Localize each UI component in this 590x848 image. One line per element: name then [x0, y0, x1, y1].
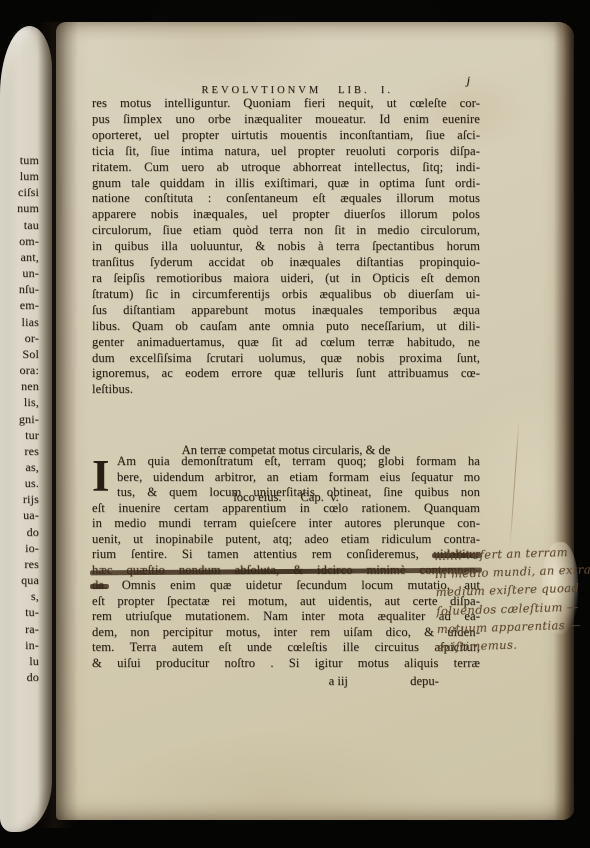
gutter-text-fragment: tau: [0, 217, 42, 233]
text-line: uenit, ut inopinabile putent, atq; adeo …: [92, 532, 480, 548]
gutter-text-fragment: rijs: [0, 491, 42, 507]
text-segment: in medio mundi terram quieſcere inter au…: [92, 516, 480, 530]
text-line: ſtratum) ſic in circumferentijs orbis æq…: [92, 287, 480, 303]
gutter-text-fragment: nſu-: [0, 281, 42, 297]
text-line: oporteret, uel propter uirtutis mouentis…: [92, 128, 480, 144]
text-line: in medio mundi terram quieſcere inter au…: [92, 516, 480, 532]
text-line: tranſitus ſyderum accidat ob inæquales d…: [92, 255, 480, 271]
text-line: ritatem. Cum uero ab utroque abhorreat i…: [92, 160, 480, 176]
text-segment: tem. Terra autem eſt unde cœleſtis ille …: [92, 640, 480, 654]
gutter-text-fragment: gni-: [0, 411, 42, 427]
signature-line: a iij depu-: [92, 674, 480, 690]
folio-number: j: [467, 73, 470, 88]
gutter-text-fragment: ra-: [0, 621, 42, 637]
text-line: tus, & quem locum uniuerſitatis obtineat…: [92, 485, 480, 501]
text-segment: Omnis enim quæ uidetur ſecundum locum mu…: [107, 578, 480, 592]
gutter-text-fragment: num: [0, 200, 42, 216]
text-segment: & uiſui producitur noſtro . Si igitur mo…: [92, 656, 480, 670]
gutter-text-fragment: tum: [0, 152, 42, 168]
text-line: rem utriuſque mutationem. Nam inter mota…: [92, 609, 480, 625]
text-line: gnum tale quiddam in illis exiſtimari, q…: [92, 176, 480, 192]
gutter-text-fragment: io-: [0, 540, 42, 556]
gutter-text-fragment: us.: [0, 475, 42, 491]
gutter-text-fragments: tumlumciſsinumtauom-ant,un-nſu-em-liasor…: [0, 152, 42, 712]
censored-text: da.: [92, 578, 107, 592]
gutter-text-fragment: in-: [0, 637, 42, 653]
gutter-text-fragment: s,: [0, 588, 42, 604]
gutter-text-fragment: lias: [0, 314, 42, 330]
gutter-text-fragment: res: [0, 443, 42, 459]
text-line: ſus diſtantiam apparebunt motus inæquale…: [92, 303, 480, 319]
gutter-text-fragment: ua-: [0, 507, 42, 523]
text-line: ra ſeipſis remotioribus maiora uideri, (…: [92, 271, 480, 287]
facing-page-edge: tumlumciſsinumtauom-ant,un-nſu-em-liasor…: [0, 26, 52, 832]
handwritten-marginalia: nihil refert an terramin medio mundi, an…: [434, 541, 590, 656]
text-segment: rem utriuſque mutationem. Nam inter mota…: [92, 609, 480, 623]
gutter-text-fragment: tu-: [0, 604, 42, 620]
text-line: Am quia demonſtratum eſt, terram quoq; g…: [92, 454, 480, 470]
paragraph-one: res motus intelliguntur. Quoniam fieri n…: [92, 96, 480, 398]
gutter-text-fragment: un-: [0, 265, 42, 281]
text-segment: uenit, ut inopinabile putent, atq; adeo …: [92, 532, 480, 546]
text-segment: eſt inuenire certam apparentium in cœlo …: [92, 501, 480, 515]
text-line: circulorum, ſiue etiam quòd terra non ſi…: [92, 223, 480, 239]
text-line: dum excelſiſsima ſcrutari uolumus, quæ n…: [92, 351, 480, 367]
gutter-text-fragment: om-: [0, 233, 42, 249]
text-segment: bere, uidendum arbitror, an etiam formam…: [117, 470, 480, 484]
text-line: ignoremus, ac eodem errore quæ telluris …: [92, 366, 480, 382]
page-edge-stack: [554, 22, 574, 820]
gutter-text-fragment: or-: [0, 330, 42, 346]
text-line: rium ſentire. Si tamen attentius rem con…: [92, 547, 480, 563]
text-line: da. Omnis enim quæ uidetur ſecundum locu…: [92, 578, 480, 594]
text-line: eſt inuenire certam apparentium in cœlo …: [92, 501, 480, 517]
paragraph-two: Am quia demonſtratum eſt, terram quoq; g…: [92, 454, 480, 671]
text-line: tem. Terra autem eſt unde cœleſtis ille …: [92, 640, 480, 656]
text-line: apparere nobis inæquales, uel propter di…: [92, 207, 480, 223]
gutter-text-fragment: lum: [0, 168, 42, 184]
gutter-text-fragment: res: [0, 556, 42, 572]
gutter-text-fragment: as,: [0, 459, 42, 475]
text-line: leſtibus.: [92, 382, 480, 398]
text-segment: rium ſentire. Si tamen attentius rem con…: [92, 547, 434, 561]
text-line: eſt propter ſpectatæ rei motum, aut uide…: [92, 594, 480, 610]
text-line: natione conſtituta : conſentaneum eſt æq…: [92, 191, 480, 207]
text-segment: Am quia demonſtratum eſt, terram quoq; g…: [117, 454, 480, 468]
book-photo: { "photo": { "background_color": "#05050…: [0, 0, 590, 848]
gutter-text-fragment: qua: [0, 572, 42, 588]
text-line: in quibus illa uoluuntur, & nobis à terr…: [92, 239, 480, 255]
gutter-text-fragment: Sol: [0, 346, 42, 362]
catchword: depu-: [410, 674, 439, 689]
text-line: res motus intelliguntur. Quoniam fieri n…: [92, 96, 480, 112]
text-line: dem, non percipitur motus, inter rem uiſ…: [92, 625, 480, 641]
running-header-title: REVOLVTIONVM LIB. I.: [202, 85, 393, 96]
text-line: libus. Quam ob cauſam ante omnia puto ne…: [92, 319, 480, 335]
gutter-text-fragment: ciſsi: [0, 184, 42, 200]
gutter-text-fragment: lu: [0, 653, 42, 669]
text-line: genter animaduertamus, quæ ſit ad cœlum …: [92, 335, 480, 351]
text-line: & uiſui producitur noſtro . Si igitur mo…: [92, 656, 480, 672]
gutter-text-fragment: ora:: [0, 362, 42, 378]
gutter-text-fragment: tur: [0, 427, 42, 443]
paper-crack: [510, 420, 520, 548]
text-segment: dem, non percipitur motus, inter rem uiſ…: [92, 625, 480, 639]
book-page: REVOLVTIONVM LIB. I. j res motus intelli…: [56, 22, 574, 820]
signature-mark: a iij: [329, 674, 348, 689]
gutter-text-fragment: lis,: [0, 394, 42, 410]
text-line: pus ſimplex uno orbe inæqualiter moueatu…: [92, 112, 480, 128]
text-segment: tus, & quem locum uniuerſitatis obtineat…: [117, 485, 480, 499]
text-line: hæc quæſtio nondum abſoluta, & idcirco m…: [92, 563, 480, 579]
gutter-text-fragment: nen: [0, 378, 42, 394]
text-line: bere, uidendum arbitror, an etiam formam…: [92, 470, 480, 486]
gutter-text-fragment: do: [0, 669, 42, 685]
text-segment: eſt propter ſpectatæ rei motum, aut uide…: [92, 594, 480, 608]
gutter-text-fragment: ant,: [0, 249, 42, 265]
censored-text: hæc quæſtio nondum abſoluta, & idcirco m…: [92, 563, 480, 577]
gutter-text-fragment: do: [0, 524, 42, 540]
gutter-text-fragment: em-: [0, 297, 42, 313]
text-line: ticia ſit, ſiue intima natura, uel propt…: [92, 144, 480, 160]
